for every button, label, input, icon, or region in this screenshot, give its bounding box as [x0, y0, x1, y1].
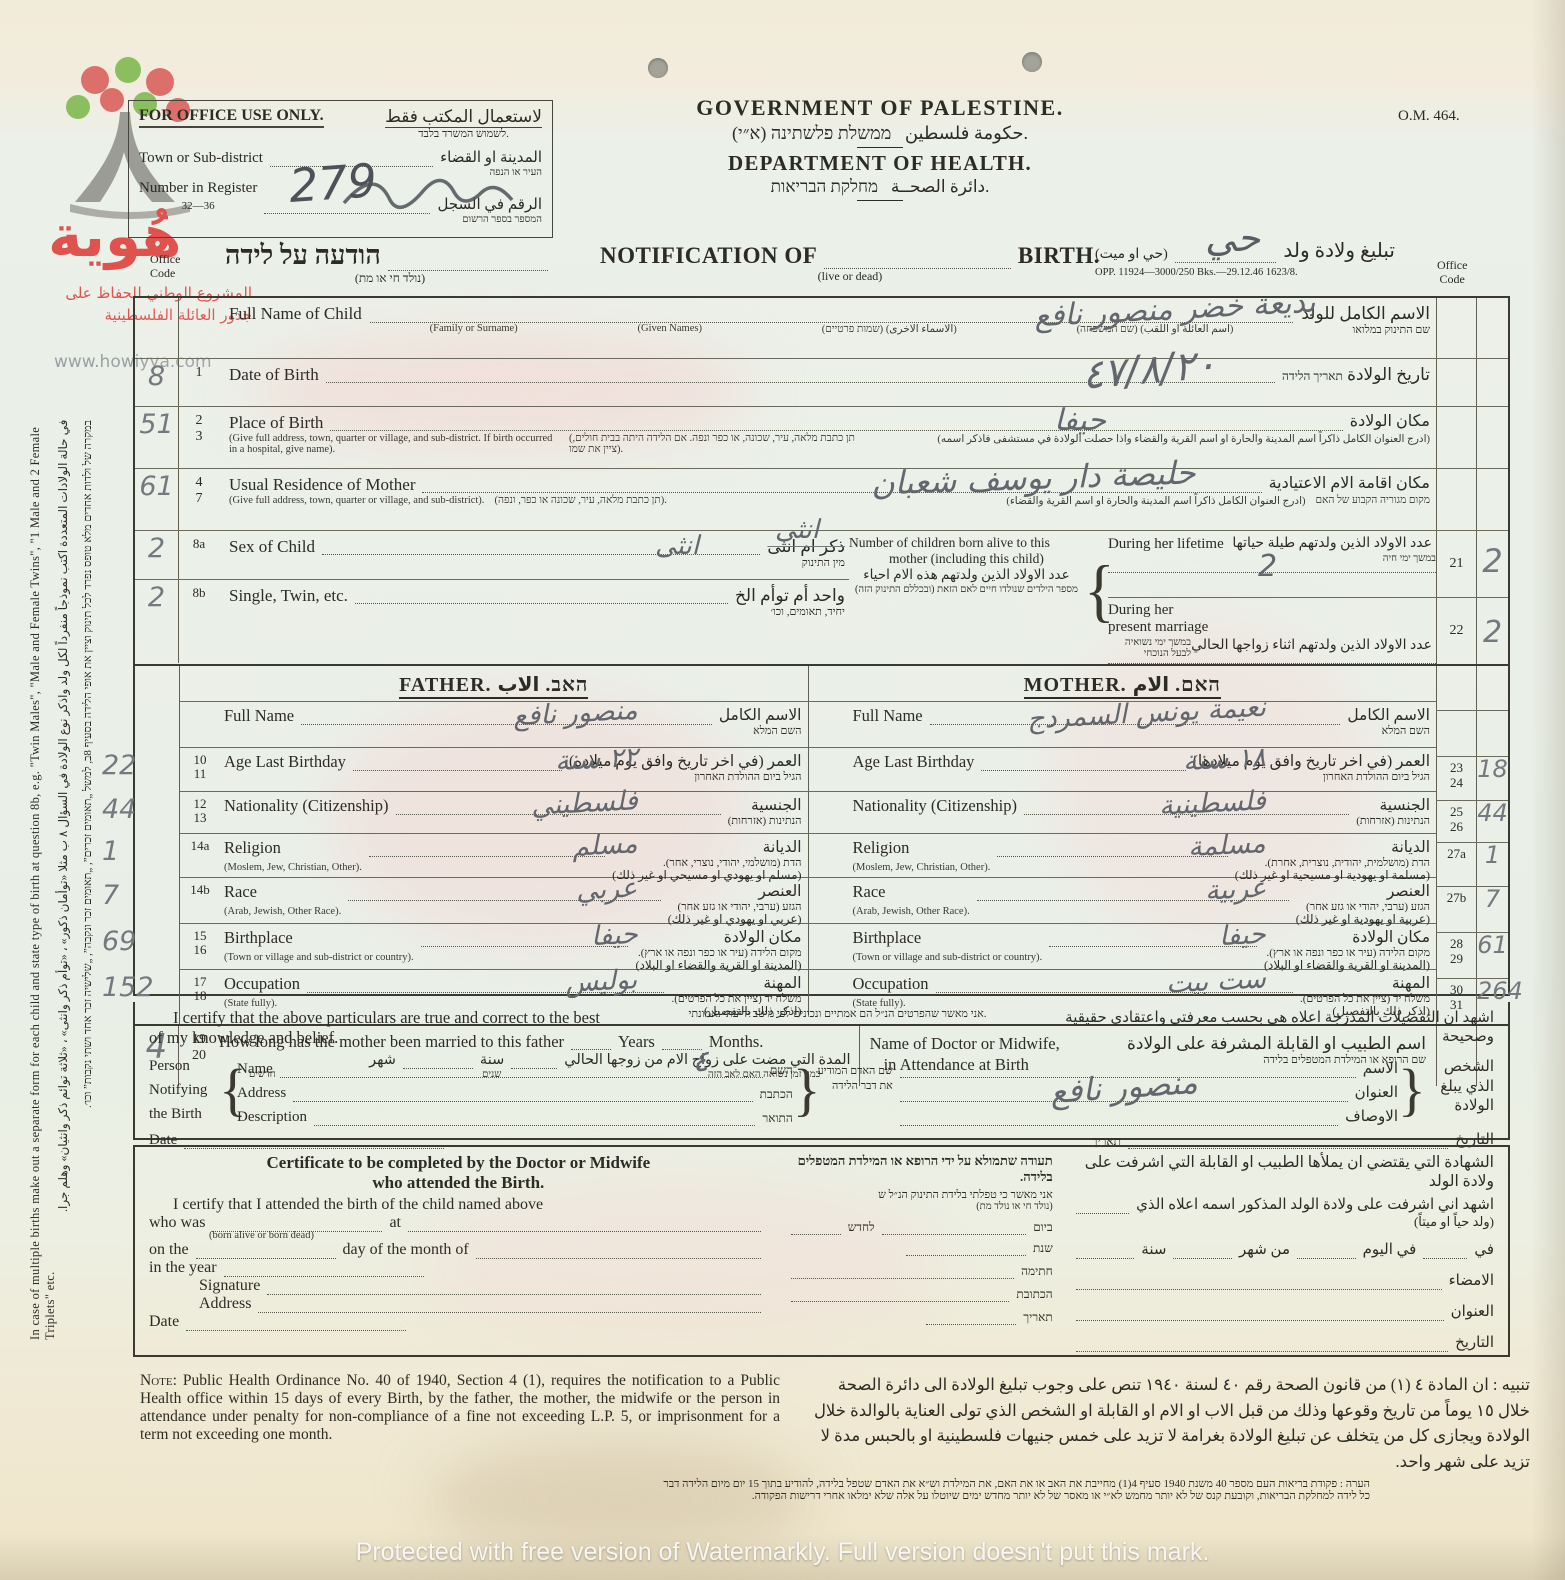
day-month-label: day of the month of: [343, 1241, 469, 1259]
notifier-name-label-ar: الاسم: [1363, 1059, 1398, 1078]
office-code-cell: 8: [135, 359, 179, 406]
notification-en-left: NOTIFICATION OF: [600, 243, 817, 269]
born-alive-note-ar: (ولد حياً او ميتاً): [1069, 1214, 1494, 1230]
mother-age-last-birthday: Age Last Birthdayالعمر (في اخر تاريخ واف…: [808, 748, 1437, 791]
pob-note-he: (תן כתבת מלאה, עיר, שכונה, או כפר ונפה. …: [569, 433, 869, 455]
certificate-he: תעודה שתמולא על ידי הרופא או המילדת המטפ…: [784, 1153, 1053, 1349]
row-usual-residence: 61 47 Usual Residence of Mother مكان اقا…: [135, 468, 1508, 530]
single-twin-label-en: Single, Twin, etc.: [229, 586, 348, 606]
margin-note-ar: في حالة الولادات المتعددة اكتب نموذجاً م…: [56, 420, 80, 1340]
children-brace: {: [1084, 524, 1108, 670]
date-label-en: Date: [149, 1313, 179, 1331]
lifetime-handwriting: 2: [1258, 549, 1277, 584]
pencil-cell: 2: [1476, 531, 1508, 597]
date-label-he: תאריך: [1023, 1310, 1052, 1325]
notification-live-dead-blank: [824, 251, 1011, 269]
row-single-twin: 2 8b Single, Twin, etc. واحد أم توأم الخ…: [135, 579, 849, 663]
shnat-label: שנת: [1033, 1241, 1053, 1256]
row-number: [179, 298, 219, 304]
in-year-label: in the year: [149, 1259, 217, 1277]
parents-row: 14bRace(Arab, Jewish, Other Race).العنصر…: [180, 877, 1436, 923]
father-birthplace: 1516Birthplace(Town or village and sub-d…: [180, 924, 808, 969]
father-race: 14bRace(Arab, Jewish, Other Race).العنصر…: [180, 878, 808, 923]
notifier-address-label-ar: العنوان: [1355, 1083, 1398, 1102]
mother-religion: Religion(Moslem, Jew, Christian, Other).…: [808, 834, 1437, 877]
notification-en-subnote: (live or dead): [600, 269, 1100, 284]
code-cell: [1436, 469, 1476, 530]
office-code-cell: 51: [135, 407, 179, 468]
pencil-cell: [1476, 359, 1508, 406]
notifier-description-label-en: Description: [237, 1109, 307, 1126]
dob-label-ar: تاريخ الولادة תאריך הלידה: [1282, 365, 1436, 385]
children-count-block: Number of children born alive to this mo…: [849, 531, 1508, 664]
punch-hole: [648, 58, 668, 78]
lachodesh-label: לחדש: [848, 1220, 875, 1235]
notifier-brace-left: {: [219, 1054, 237, 1126]
mother-code-row: 27a1: [1436, 842, 1508, 886]
residence-label-en: Usual Residence of Mother: [229, 475, 415, 495]
code-cell: [1436, 298, 1476, 358]
sex-handwriting-2: انثى: [775, 515, 819, 545]
certificate-en: Certificate to be completed by the Docto…: [149, 1153, 768, 1349]
main-form-table: Full Name of Child (Family or Surname) (…: [133, 296, 1510, 996]
fi-label: في: [1474, 1240, 1494, 1259]
doctor-certificate-section: Certificate to be completed by the Docto…: [133, 1145, 1510, 1357]
note-label: Note:: [140, 1372, 177, 1389]
mother-nationality-citizenship-: Nationality (Citizenship)الجنسيةהנתינות …: [808, 792, 1437, 833]
row-number: 8b: [179, 580, 219, 601]
present-marriage-label-ar: عدد الاولاد الذين ولدتهم اثناء زواجها ال…: [1191, 637, 1436, 654]
address-label-he: הכתובת: [1016, 1287, 1052, 1302]
date-label-ar: التاريخ: [1455, 1333, 1494, 1352]
notification-ar-subnote: (حي او ميت): [1095, 246, 1168, 263]
ar-note-2: (الاسماء الاخرى) (שמות פרטיים): [822, 323, 957, 335]
town-subdistrict-label-en: Town or Sub-district: [139, 150, 263, 167]
scanned-birth-notification-form: هُوية المشروع الوطني للحفاظ على جذور الع…: [0, 0, 1565, 1580]
notifier-side-label-he: שם האדם המודיע את דבר הלידה: [807, 1054, 893, 1126]
mother-code-row: 252644: [1436, 800, 1508, 842]
certificate-certify-ar: اشهد اني اشرفت على ولادة الولد المذكور ا…: [1136, 1195, 1494, 1214]
certificate-ar: الشهادة التي يقتضي ان يملأها الطبيب او ا…: [1069, 1153, 1494, 1349]
mother-code-row: 232418: [1436, 756, 1508, 800]
note-text-en: Public Health Ordinance No. 40 of 1940, …: [140, 1372, 780, 1443]
register-number-handwriting: 279: [287, 153, 378, 213]
notifier-name-label-he: השם: [770, 1063, 793, 1078]
address-label-ar: العنوان: [1451, 1302, 1494, 1321]
form-number: O.M. 464.: [1398, 108, 1460, 125]
note-he-line2: כל לידה למחלקת הבריאות, וקובעת קנס של לא…: [600, 1490, 1370, 1502]
parents-row: 14aReligion(Moslem, Jew, Christian, Othe…: [180, 833, 1436, 877]
office-code-label-right: OfficeCode: [1437, 258, 1467, 287]
father-header: FATHER. האב. الاب: [180, 666, 808, 701]
on-the-label: on the: [149, 1241, 189, 1259]
row-children-lifetime: During her lifetime عدد الاولاد الذين ول…: [1108, 531, 1508, 597]
mother-header: MOTHER. האם. الام: [808, 666, 1437, 701]
children-header-en2: mother (including this child): [849, 551, 1084, 567]
office-code-cell: [135, 298, 179, 358]
sex-and-children-section: 2 8a Sex of Child ذكر ام انثى מין התינוק…: [135, 530, 1508, 664]
children-header-en1: Number of children born alive to this: [849, 535, 1084, 551]
children-header-he: מספר הילדים שנולדו חיים לאם הזאת (ובכללם…: [849, 584, 1084, 596]
notifier-name-label-en: Name: [237, 1061, 273, 1078]
code-22: 22: [1436, 598, 1476, 664]
office-use-title-he: לשמוש המשרד בלבד.: [385, 128, 542, 140]
pob-note-en: (Give full address, town, quarter or vil…: [229, 433, 559, 455]
notifier-address-label-en: Address: [237, 1085, 286, 1102]
row-date-of-birth: 8 1 Date of Birth تاريخ الولادة תאריך הל…: [135, 358, 1508, 406]
biyom-label: ביום: [1033, 1220, 1053, 1235]
single-twin-field: [355, 586, 728, 604]
live-or-dead-handwriting: حي: [1205, 216, 1260, 260]
pob-handwriting: حيفا: [1054, 403, 1106, 438]
government-title-ar: حكومة فلسطين: [905, 123, 1024, 143]
signature-label-he: חתימה: [1021, 1264, 1053, 1279]
single-twin-label-ar: واحد أم توأم الخ יחיד, תאומים, וכו׳: [735, 586, 849, 618]
notifier-description-label-ar: الاوصاف: [1345, 1107, 1398, 1126]
pencil-cell: [1476, 298, 1508, 358]
lifetime-label-en: During her lifetime: [1108, 536, 1224, 552]
residence-note-en: (Give full address, town, quarter or vil…: [229, 495, 484, 507]
code-cell: [1436, 359, 1476, 406]
form-header: GOVERNMENT OF PALESTINE. حكومة فلسطين ממ…: [600, 95, 1160, 204]
sana-label-cert: سنة: [1141, 1240, 1166, 1259]
pob-note-ar: (ادرج العنوان الكامل ذاكراً اسم المدينة …: [879, 433, 1430, 455]
row-number: 8a: [179, 531, 219, 552]
mother-code-row: 27b7: [1436, 886, 1508, 932]
certify-statement-he: אני מאשר שהפרטים הנ״ל הם אמתיים ונכונים …: [687, 1008, 987, 1020]
office-code-cell: 2: [135, 531, 179, 579]
certificate-title-ar: الشهادة التي يقتضي ان يملأها الطبيب او ا…: [1069, 1153, 1494, 1191]
person-notifying-label: PersonNotifyingthe Birth: [149, 1054, 219, 1126]
code-21: 21: [1436, 531, 1476, 597]
sex-label-en: Sex of Child: [229, 537, 315, 557]
residence-label-ar: مكان اقامة الام الاعتيادية: [1269, 475, 1430, 495]
notifier-brace-mid: }: [793, 1054, 807, 1126]
ordinance-note-he: הערה : פקודת בריאות העם מספר 40 משנת 194…: [600, 1478, 1370, 1502]
pencil-cell: [1476, 469, 1508, 530]
code-cell: [1436, 407, 1476, 468]
signature-label-ar: الامضاء: [1449, 1271, 1494, 1290]
certificate-certify-he: אני מאשר כי טפלתי בלידת התינוק הנ״ל ש: [878, 1189, 1053, 1201]
pencil-cell: 2: [1476, 598, 1508, 664]
office-use-title-en: FOR OFFICE USE ONLY.: [139, 107, 324, 128]
father-nationality-citizenship-: 1213Nationality (Citizenship)الجنسيةהנתי…: [180, 792, 808, 833]
children-header-ar: عدد الاولاد الذين ولدتهم هذه الام احياء: [849, 567, 1084, 583]
certify-statement-en: I certify that the above particulars are…: [149, 1008, 609, 1048]
row-number: 1: [179, 359, 219, 381]
father-religion: 14aReligion(Moslem, Jew, Christian, Othe…: [180, 834, 808, 877]
present-marriage-field: [1108, 663, 1436, 664]
notification-he-subnote: (נולד חי או מת): [225, 271, 555, 286]
pob-label-ar: مكان الولادة: [1350, 413, 1430, 433]
row-number: 23: [179, 407, 219, 445]
office-use-box: FOR OFFICE USE ONLY. لاستعمال المكتب فقط…: [128, 100, 553, 238]
certificate-title-en-1: Certificate to be completed by the Docto…: [149, 1153, 768, 1173]
mother-birthplace: Birthplace(Town or village and sub-distr…: [808, 924, 1437, 969]
print-reference: OPP. 11924—3000/250 Bks.—29.12.46 1623/8…: [1095, 267, 1395, 278]
certificate-certify-en: I certify that I attended the birth of t…: [173, 1196, 543, 1213]
row-number: 47: [179, 469, 219, 507]
father-full-name: Full Nameالاسم الكاملהשם המלאمنصور نافع: [180, 702, 808, 747]
pencil-cell: [1476, 407, 1508, 468]
pob-field: [330, 413, 1342, 431]
office-code-column: [135, 666, 180, 1024]
government-title-en: GOVERNMENT OF PALESTINE.: [600, 95, 1160, 121]
ordinance-note-section: Note: Public Health Ordinance No. 40 of …: [140, 1372, 1530, 1502]
notification-ar-text: تبليغ ولادة ولد: [1283, 238, 1395, 263]
at-label: at: [389, 1214, 401, 1232]
person-notifying-section: I certify that the above particulars are…: [133, 1002, 1510, 1140]
father-age-last-birthday: 1011Age Last Birthdayالعمر (في اخر تاريخ…: [180, 748, 808, 791]
mother-full-name: Full Nameالاسم الكاملהשם המלאنعيمة يونس …: [808, 702, 1437, 747]
dob-label-en: Date of Birth: [229, 365, 319, 385]
parents-row: 1516Birthplace(Town or village and sub-d…: [180, 923, 1436, 969]
notifier-address-label-he: הכתבת: [760, 1087, 793, 1102]
sex-handwriting: انثى: [655, 531, 699, 561]
signature-label-en: Signature: [199, 1277, 260, 1295]
certificate-title-he: תעודה שתמולא על ידי הרופא או המילדת המטפ…: [784, 1153, 1053, 1185]
min-shahr-label: من شهر: [1239, 1240, 1290, 1259]
mother-race: Race(Arab, Jewish, Other Race).العنصرהגז…: [808, 878, 1437, 923]
office-use-title-ar: لاستعمال المكتب فقط: [385, 107, 542, 128]
fi-alyawm-label: في اليوم: [1363, 1240, 1417, 1259]
office-code-cell: 2: [135, 580, 179, 663]
page-edge-shadow: [1531, 0, 1565, 1580]
header-divider: [857, 200, 903, 201]
parents-row: 1011Age Last Birthdayالعمر (في اخر تاريخ…: [180, 747, 1436, 791]
mother-code-column: 23241825264427a127b72829613031264: [1436, 666, 1508, 1024]
parents-row: 1213Nationality (Citizenship)الجنسيةהנתי…: [180, 791, 1436, 833]
child-name-label-ar: الاسم الكامل للولد שם התינוק במלואו: [1301, 304, 1436, 336]
present-marriage-label-en: During her present marriage: [1108, 602, 1218, 637]
residence-note-he: (תן כתבת מלאה, עיר, שכונה או כפר, ונפה).: [494, 495, 666, 507]
parents-row: Full Nameالاسم الكاملהשם המלאمنصور نافعF…: [180, 701, 1436, 747]
address-label-en: Address: [199, 1295, 251, 1313]
notifier-rows: PersonNotifyingthe Birth { Nameהשם Addre…: [149, 1054, 1494, 1126]
notification-en-right: BIRTH.: [1018, 243, 1100, 269]
who-was-label: who was: [149, 1214, 205, 1232]
certify-statement-ar: اشهد ان التفصيلات المدرجة اعلاه هي بحسب …: [1064, 1008, 1494, 1046]
residence-label-he: מקום מגוריה הקבוע של האם: [1316, 495, 1431, 507]
notification-title-he: הודעה על לידה (נולד חי או מת): [225, 240, 555, 286]
row-sex-of-child: 2 8a Sex of Child ذكر ام انثى מין התינוק…: [135, 531, 849, 579]
margin-note-en: In case of multiple births make out a se…: [28, 420, 54, 1340]
parents-section: FATHER. האב. الاب MOTHER. האם. الام Full…: [135, 664, 1508, 1024]
marriage-duration-handwriting: ٤: [692, 1044, 708, 1079]
surname-note: (Family or Surname): [430, 323, 518, 335]
punch-hole: [1022, 52, 1042, 72]
notifier-side-label-ar: الشخصالذي يبلغالولادة: [1418, 1054, 1494, 1126]
margin-note-he: במקרה של ולדות אחדים מלא טופס נפרד לכל ת…: [82, 420, 104, 1340]
child-name-label-en: Full Name of Child: [229, 304, 362, 324]
notification-he-blank: [388, 253, 548, 271]
notification-title-ar: تبليغ ولادة ولد (حي او ميت) حي OPP. 1192…: [1095, 238, 1395, 278]
parents-rows: Full Nameالاسم الكاملהשם המלאمنصور نافعF…: [180, 701, 1436, 1015]
pob-label-en: Place of Birth: [229, 413, 323, 433]
notifier-description-label-he: התואר: [762, 1111, 792, 1126]
department-title-en: DEPARTMENT OF HEALTH.: [600, 151, 1160, 176]
notification-he-text: הודעה על לידה: [225, 240, 381, 271]
ordinance-note-en: Note: Public Health Ordinance No. 40 of …: [140, 1372, 780, 1474]
note-he-line1: הערה : פקודת בריאות העם מספר 40 משנת 194…: [600, 1478, 1370, 1490]
ordinance-note-ar: تنبيه : ان المادة ٤ (١) من قانون الصحة ر…: [806, 1372, 1530, 1474]
mother-code-row: [1436, 710, 1508, 756]
row-place-of-birth: 51 23 Place of Birth مكان الولادة (Give …: [135, 406, 1508, 468]
office-code-label-left: OfficeCode: [150, 252, 180, 281]
government-title-ar-he: حكومة فلسطين ממשלת פלשתינה (א״י).: [600, 123, 1160, 144]
row-children-marriage: During her present marriage عدد الاولاد …: [1108, 597, 1508, 664]
department-title-ar-he: دائرة الصحــة מחלקת הבריאות.: [600, 177, 1160, 197]
multiple-births-margin-note: In case of multiple births make out a se…: [28, 420, 104, 1340]
given-names-note: (Given Names): [638, 323, 702, 335]
born-alive-note-he: (נולד חי או נולד מת): [784, 1201, 1053, 1212]
mother-code-row: 282961: [1436, 932, 1508, 978]
watermarkly-banner: Protected with free version of Watermark…: [0, 1538, 1565, 1567]
notification-title-en: NOTIFICATION OF BIRTH. (live or dead): [600, 243, 1100, 284]
header-divider: [857, 147, 903, 148]
row-child-full-name: Full Name of Child (Family or Surname) (…: [135, 298, 1508, 358]
certificate-title-en-2: who attended the Birth.: [149, 1173, 768, 1193]
register-number-label-en: Number in Register32—36: [139, 180, 257, 214]
children-count-header: Number of children born alive to this mo…: [849, 531, 1084, 664]
department-title-ar: دائرة الصحــة: [891, 177, 985, 196]
office-code-cell: 61: [135, 469, 179, 530]
notifier-brace-right: }: [1398, 1054, 1418, 1126]
